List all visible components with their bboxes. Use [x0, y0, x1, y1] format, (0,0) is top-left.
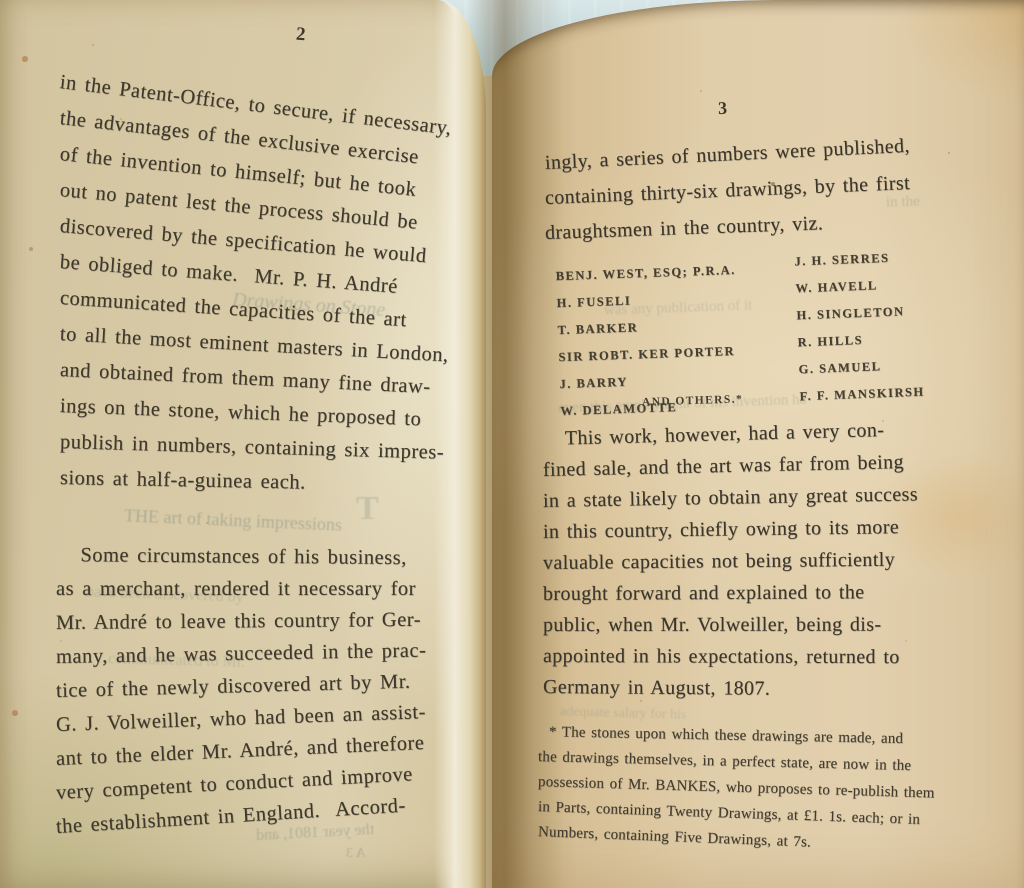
- print-line: in this country, chiefly owing to its mo…: [543, 512, 918, 548]
- open-book-photo: THE art of taking impressions Drawings o…: [0, 0, 1024, 888]
- print-line: brought forward and explained to the: [543, 577, 918, 610]
- print-line: appointed in his expectations, returned …: [543, 641, 918, 673]
- print-line: valuable capacities not being sufficient…: [543, 544, 918, 579]
- print-line: as a merchant, rendered it necessary for: [56, 572, 426, 606]
- right-page-paragraph-1: ingly, a series of numbers were publishe…: [545, 146, 910, 251]
- left-page-paragraph-2: Some circumstances of his business,as a …: [56, 538, 426, 844]
- foxing-spots: [0, 0, 2, 2]
- print-line: Some circumstances of his business,: [56, 538, 427, 575]
- right-page-paragraph-2: This work, however, had a very con-fined…: [543, 424, 918, 703]
- contributors-column-right: J. H. SERRESW. HAVELLH. SINGLETONR. HILL…: [794, 244, 925, 411]
- right-page-number: 3: [718, 98, 728, 119]
- left-page-number: 2: [295, 24, 306, 47]
- print-line: public, when Mr. Volweiller, being dis-: [543, 610, 918, 641]
- print-line: Germany in August, 1807.: [543, 672, 918, 706]
- print-line: in a state likely to obtain any great su…: [543, 479, 919, 517]
- print-line: sions at half-a-guinea each.: [60, 460, 455, 503]
- contributor-name: F. F. MANSKIRSH: [799, 379, 925, 411]
- right-page-footnote: * The stones upon which these drawings a…: [538, 720, 935, 845]
- left-page-paragraph-1: in the Patent-Office, to secure, if nece…: [60, 64, 454, 496]
- showthrough-signature-mark: A 3: [346, 846, 366, 862]
